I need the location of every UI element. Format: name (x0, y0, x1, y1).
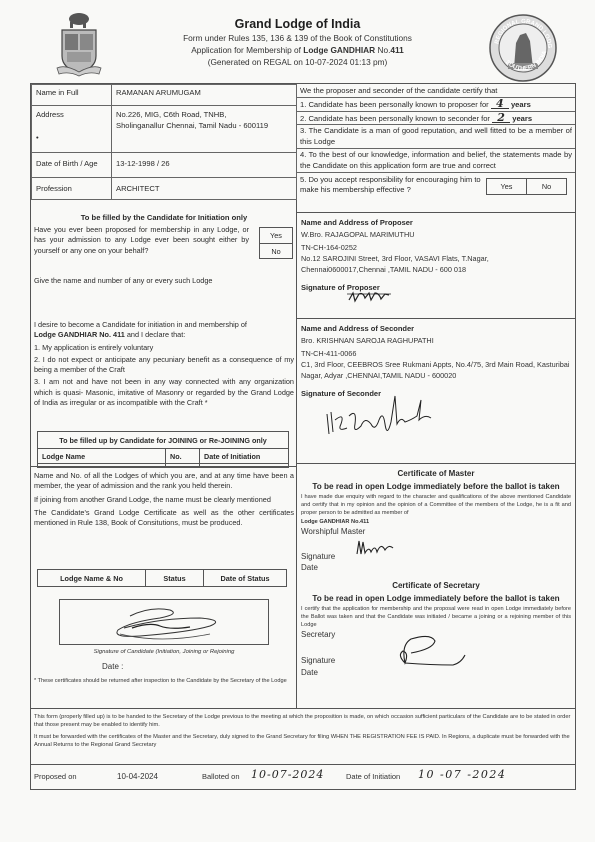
joining-heading: To be filled up by Candidate for JOINING… (38, 432, 289, 449)
footer-instructions: This form (properly filled up) is to be … (31, 708, 575, 765)
candidate-column: Name in Full RAMANAN ARUMUGAM Address• N… (31, 84, 297, 708)
date-of-initiation-label: Date of Initiation (346, 772, 400, 781)
dob-value[interactable]: 13-12-1998 / 26 (112, 153, 297, 178)
master-cert-title: Certificate of Master (301, 467, 571, 480)
footer-text-1: This form (properly filled up) is to be … (34, 713, 572, 730)
declaration-item-1: 1. My application is entirely voluntary (34, 343, 294, 353)
balloted-on-value[interactable]: 10-07-2024 (251, 768, 324, 781)
form-subtitle: Form under Rules 135, 136 & 139 of the B… (150, 32, 445, 44)
col-lodge-name: Lodge Name (38, 449, 166, 464)
certify-intro: We the proposer and seconder of the cand… (300, 86, 572, 97)
secretary-cert-text: I certify that the application for membe… (301, 605, 571, 630)
proposer-section: Name and Address of Proposer W.Bro. RAJA… (297, 212, 575, 317)
generated-line: (Generated on REGAL on 10-07-2024 01:13 … (150, 56, 445, 68)
form-header: Grand Lodge of India Form under Rules 13… (0, 10, 595, 80)
proposer-signature-label: Signature of Proposer (301, 281, 572, 294)
prior-proposal-yes[interactable]: Yes (260, 228, 292, 243)
seconder-address: C1, 3rd Floor, CEEBROS Sree Rukmani Appt… (301, 360, 572, 381)
joining-table: To be filled up by Candidate for JOINING… (37, 431, 289, 468)
seconder-name: Bro. KRISHNAN SAROJA RAGHUPATHI (301, 335, 572, 348)
certify-item-1: 1. Candidate has been personally known t… (297, 97, 575, 111)
address-value[interactable]: No.226, MIG, C6th Road, TNHB,Sholinganal… (112, 106, 297, 153)
seconder-signature-icon (321, 394, 441, 436)
dob-label: Date of Birth / Age (32, 153, 112, 178)
proposer-years-value[interactable]: 4 (491, 99, 509, 109)
col-date-of-status: Date of Status (204, 570, 287, 587)
initiation-heading: To be filled by the Candidate for Initia… (31, 210, 297, 223)
initiation-section: To be filled by the Candidate for Initia… (31, 210, 297, 223)
prior-lodges-text: Name and No. of all the Lodges of which … (34, 471, 294, 492)
master-cert-lodge: Lodge GANDHIAR No.411 (301, 518, 571, 526)
certify-section: We the proposer and seconder of the cand… (297, 84, 575, 200)
declaration-item-2: 2. I do not expect or anticipate any pec… (34, 355, 294, 376)
form-title: Grand Lodge of India (150, 16, 445, 32)
secretary-cert-title: Certificate of Secretary (301, 579, 571, 592)
application-form-page: Grand Lodge of India Form under Rules 13… (0, 0, 595, 842)
proposer-address: No.12 SAROJINI Street, 3rd Floor, VASAVI… (301, 254, 572, 275)
proposed-on-label: Proposed on (34, 772, 77, 781)
master-cert-subtitle: To be read in open Lodge immediately bef… (301, 480, 571, 493)
master-certificate-section: Certificate of Master To be read in open… (297, 463, 575, 679)
col-date-of-initiation: Date of Initiation (200, 449, 289, 464)
date-of-initiation-value[interactable]: 10 -07 -2024 (418, 768, 506, 781)
candidate-date-label: Date : (102, 662, 123, 671)
responsibility-yes[interactable]: Yes (487, 179, 526, 194)
certify-item-3: 3. The Candidate is a man of good reputa… (297, 124, 575, 148)
certify-item-4: 4. To the best of our knowledge, informa… (297, 148, 575, 172)
secretary-cert-subtitle: To be read in open Lodge immediately bef… (301, 592, 571, 605)
lodge-status-table: Lodge Name & No Status Date of Status (37, 569, 287, 587)
seconder-id: TN-CH-411-0066 (301, 348, 572, 361)
prior-proposal-no[interactable]: No (260, 243, 292, 258)
address-label: Address• (32, 106, 112, 153)
regional-grand-lodge-seal-icon: REGIONAL GRAND LODGE SOUTHERN INDIA (488, 13, 558, 83)
name-value[interactable]: RAMANAN ARUMUGAM (112, 85, 297, 106)
master-cert-text: I have made due enquiry with regard to t… (301, 493, 571, 518)
profession-label: Profession (32, 178, 112, 200)
master-signature-label: Signature (301, 551, 335, 563)
seconder-years-value[interactable]: 2 (492, 113, 510, 123)
certify-item-5: 5. Do you accept responsibility for enco… (297, 172, 575, 198)
balloted-on-label: Balloted on (202, 772, 240, 781)
secretary-signature-label: Signature (301, 655, 335, 667)
proposer-name: W.Bro. RAJAGOPAL MARIMUTHU (301, 229, 572, 242)
grand-lodge-crest-icon (55, 10, 103, 78)
responsibility-no[interactable]: No (526, 179, 566, 194)
responsibility-yes-no: Yes No (486, 178, 567, 195)
profession-value[interactable]: ARCHITECT (112, 178, 297, 200)
form-frame: Name in Full RAMANAN ARUMUGAM Address• N… (30, 83, 576, 790)
col-lodge-name-no: Lodge Name & No (38, 570, 146, 587)
proposed-on-value[interactable]: 10-04-2024 (117, 772, 158, 781)
prior-proposal-question: Have you ever been proposed for membersh… (34, 225, 249, 256)
seconder-section: Name and Address of Seconder Bro. KRISHN… (297, 318, 575, 463)
dates-row: Proposed on 10-04-2024 Balloted on 10-07… (31, 764, 575, 789)
certify-item-2: 2. Candidate has been personally known t… (297, 111, 575, 125)
proposer-heading: Name and Address of Proposer (301, 216, 572, 229)
col-no: No. (166, 449, 200, 464)
col-status: Status (146, 570, 204, 587)
declaration-intro: I desire to become a Candidate for initi… (34, 320, 294, 341)
declaration-item-3: 3. I am not and have not been in any way… (34, 377, 294, 408)
prior-proposal-yes-no: Yes No (259, 227, 293, 259)
declaration-section: I desire to become a Candidate for initi… (34, 320, 294, 410)
name-label: Name in Full (32, 85, 112, 106)
candidate-signature-icon (60, 600, 270, 646)
sponsor-column: We the proposer and seconder of the cand… (297, 84, 575, 708)
secretary-signature-icon (391, 633, 481, 669)
master-date-label: Date (301, 562, 571, 574)
certificate-text: The Candidate's Grand Lodge Certificate … (34, 508, 294, 529)
candidate-signature-caption: Signature of Candidate (Initiation, Join… (31, 649, 297, 655)
candidate-details-table: Name in Full RAMANAN ARUMUGAM Address• N… (31, 84, 297, 200)
candidate-signature-box[interactable] (59, 599, 269, 645)
certificates-return-note: * These certificates should be returned … (34, 677, 294, 685)
worshipful-master-label: Worshipful Master (301, 526, 571, 538)
master-signature-icon (353, 538, 403, 558)
give-lodge-name-prompt: Give the name and number of any or every… (34, 276, 294, 286)
proposer-id: TN-CH-164-0252 (301, 242, 572, 255)
seconder-heading: Name and Address of Seconder (301, 322, 572, 335)
application-line: Application for Membership of Lodge GAND… (150, 44, 445, 56)
other-grand-lodge-text: If joining from another Grand Lodge, the… (34, 495, 294, 505)
footer-text-2: It must be forwarded with the certificat… (34, 733, 572, 750)
prior-lodges-section: Name and No. of all the Lodges of which … (31, 466, 297, 531)
